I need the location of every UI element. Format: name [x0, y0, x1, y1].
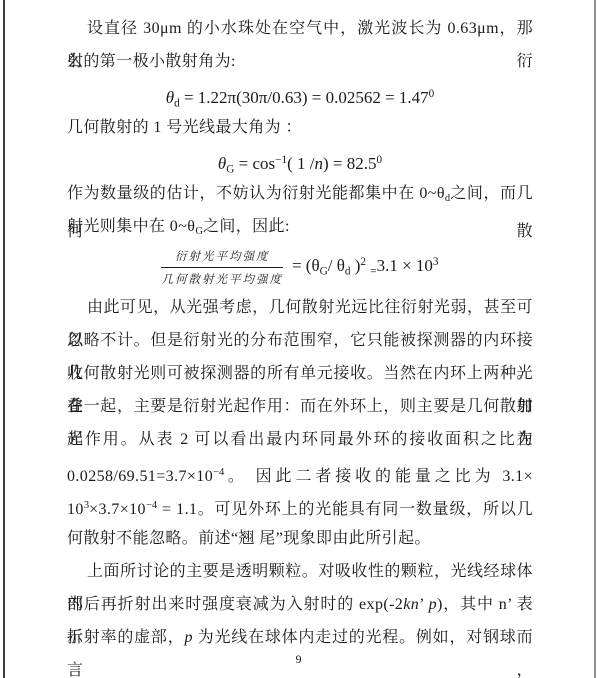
para3-line1: 作为数量级的估计，不妨认为衍射光能都集中在 0~θd之间，而几何散 — [67, 177, 533, 210]
text-segment: / θ — [328, 256, 345, 275]
text-segment: G — [320, 266, 328, 278]
fraction-stack: 衍射光平均强度几何散射光平均强度 — [161, 248, 283, 287]
para4-line5: 起作用。从表 2 可以看出最内环同最外环的接收面积之比为 — [67, 423, 533, 456]
text-segment: 何散射不能忽略。前述“翘 尾”现象即由此所引起。 — [67, 530, 431, 547]
text-segment: 0 — [429, 88, 435, 100]
text-segment: 0.0258/69.51=3.7×10 — [67, 468, 213, 485]
fraction-numerator: 衍射光平均强度 — [161, 248, 283, 268]
text-segment: = cos — [234, 154, 275, 173]
text-segment: 起作用。从表 2 可以看出最内环同最外环的接收面积之比为 — [67, 431, 533, 448]
text-segment: 。 因此二者接收的能量之比为 3.1× — [224, 468, 533, 485]
para4-line7: 103×3.7×10−4 = 1.1。可见外环上的光能具有同一数量级，所以几 — [67, 489, 533, 522]
text-segment: −1 — [275, 154, 287, 166]
formula-intensity-ratio: 衍射光平均强度几何散射光平均强度= (θG/ θd )2 =3.1 × 103 — [67, 243, 533, 291]
para2-line1: 几何散射的 1 号光线最大角为 ： — [67, 111, 533, 144]
text-segment: ) = 82.5 — [323, 154, 377, 173]
para4-line4: 在一起，主要是衍射光起作用：而在外环上，则主要是几何散射光在 — [67, 390, 533, 423]
para4-line3: 几何散射光则可被探测器的所有单元接收。当然在内环上两种光叠加 — [67, 357, 533, 390]
text-segment: p — [429, 596, 437, 613]
page-number: 9 — [0, 652, 597, 666]
text-segment: = 1.1。可见外环上的光能具有同一数量级，所以几 — [157, 501, 533, 518]
text-segment: 射的第一极小散射角为: — [67, 53, 236, 70]
text-segment: ( 1 / — [287, 154, 314, 173]
para5-line2: 部后再折射出来时强度衰减为入射时的 exp(-2kn’ p)，其中 n’ 表示 — [67, 588, 533, 621]
text-segment: p — [185, 629, 193, 646]
text-segment: 几何散射的 1 号光线最大角为 ： — [67, 119, 302, 136]
para4-line2: 忽略不计。但是衍射光的分布范围窄，它只能被探测器的内环接收。 — [67, 324, 533, 357]
para4-line6: 0.0258/69.51=3.7×10−4。 因此二者接收的能量之比为 3.1× — [67, 456, 533, 489]
text-segment: = 1.22π(30π/0.63) = 0.02562 = 1.47 — [180, 88, 429, 107]
text-segment: θ — [166, 88, 174, 107]
text-segment: ) — [350, 256, 360, 275]
document-page: 设直径 30μm 的小水珠处在空气中，激光波长为 0.63μm，那么衍射的第一极… — [0, 0, 597, 678]
text-segment: G — [195, 226, 203, 237]
text-segment: n — [314, 154, 323, 173]
text-segment: kn — [403, 596, 419, 613]
text-segment: −4 — [213, 467, 224, 478]
formula-theta-g: θG = cos−1( 1 /n) = 82.50 — [67, 144, 533, 177]
text-segment: ×3.7×10 — [89, 501, 146, 518]
text-segment: 3 — [433, 256, 439, 268]
para4-line8: 何散射不能忽略。前述“翘 尾”现象即由此所引起。 — [67, 522, 533, 555]
fraction-denominator: 几何散射光平均强度 — [161, 268, 283, 287]
text-segment: 部后再折射出来时强度衰减为入射时的 exp(-2 — [67, 596, 403, 613]
para5-line3: 折射率的虚部，p 为光线在球体内走过的光程。例如，对钢球而言， — [67, 621, 533, 654]
text-segment: 10 — [67, 501, 84, 518]
text-segment: −4 — [146, 500, 157, 511]
text-segment: 0 — [376, 154, 382, 166]
text-segment: = (θ — [292, 256, 320, 275]
para4-line1: 由此可见，从光强考虑，几何散射光远比往衍射光弱，甚至可以 — [67, 291, 533, 324]
fraction-rhs: = (θG/ θd )2 =3.1 × 103 — [292, 256, 439, 278]
formula-theta-d: θd = 1.22π(30π/0.63) = 0.02562 = 1.470 — [67, 78, 533, 111]
text-segment: ’ — [419, 596, 428, 613]
page-left-edge-line — [3, 0, 5, 678]
text-segment: 射光则集中在 0~θ — [67, 218, 195, 235]
text-segment: 作为数量级的估计，不妨认为衍射光能都集中在 0~θ — [67, 185, 445, 202]
document-body: 设直径 30μm 的小水珠处在空气中，激光波长为 0.63μm，那么衍射的第一极… — [67, 12, 533, 654]
page-right-edge-line — [594, 0, 596, 678]
text-segment: 之间，因此: — [203, 218, 290, 235]
para5-line1: 上面所讨论的主要是透明颗粒。对吸收性的颗粒，光线经球体内 — [67, 555, 533, 588]
para1-line1: 设直径 30μm 的小水珠处在空气中，激光波长为 0.63μm，那么衍 — [67, 12, 533, 45]
text-segment: 3.1 × 10 — [377, 256, 433, 275]
text-segment: 折射率的虚部， — [67, 629, 185, 646]
